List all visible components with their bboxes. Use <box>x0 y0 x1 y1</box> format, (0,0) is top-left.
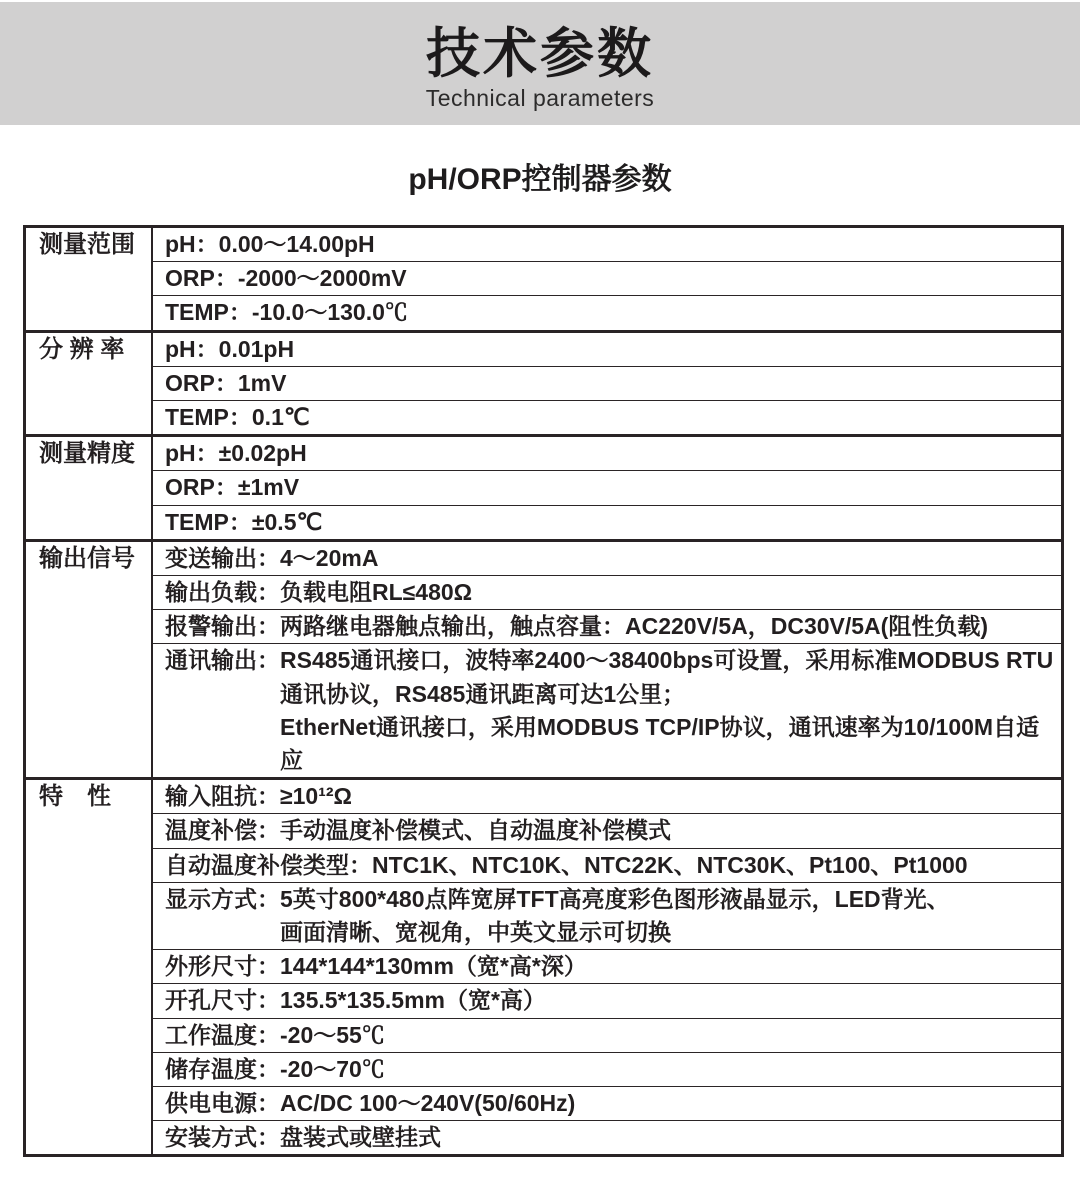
spec-row: 储存温度：-20～70℃ <box>153 1052 1061 1086</box>
spec-value: 135.5*135.5mm（宽*高） <box>280 984 1055 1017</box>
spec-label: 工作温度： <box>165 1019 280 1052</box>
spec-value: 144*144*130mm（宽*高*深） <box>280 950 1055 983</box>
category-cell: 特 性 <box>26 780 153 1154</box>
spec-row: 通讯输出：RS485通讯接口，波特率2400～38400bps可设置，采用标准M… <box>153 643 1061 777</box>
spec-group: 测量精度pH：±0.02pHORP：±1mVTEMP：±0.5℃ <box>26 434 1061 539</box>
category-cell: 测量范围 <box>26 228 153 330</box>
spec-row: 外形尺寸：144*144*130mm（宽*高*深） <box>153 949 1061 983</box>
spec-row: ORP：1mV <box>153 366 1061 400</box>
page-title: 技术参数 <box>426 26 654 82</box>
spec-row: TEMP：±0.5℃ <box>153 505 1061 539</box>
spec-value: 0.1℃ <box>252 401 1055 434</box>
spec-label: 储存温度： <box>165 1053 280 1086</box>
spec-value: ±1mV <box>238 471 1055 504</box>
spec-value: -20～70℃ <box>280 1053 1055 1086</box>
spec-value: 1mV <box>238 367 1055 400</box>
category-cell: 分 辨 率 <box>26 333 153 435</box>
spec-rows-column: pH：0.01pHORP：1mVTEMP：0.1℃ <box>153 333 1061 435</box>
spec-label: ORP： <box>165 262 238 295</box>
spec-row: 变送输出：4～20mA <box>153 542 1061 575</box>
spec-label: 显示方式： <box>165 883 280 949</box>
spec-row: ORP：-2000～2000mV <box>153 261 1061 295</box>
spec-value: ±0.5℃ <box>252 506 1055 539</box>
spec-label: pH： <box>165 437 219 470</box>
spec-value: AC/DC 100～240V(50/60Hz) <box>280 1087 1055 1120</box>
spec-label: 温度补偿： <box>165 814 280 847</box>
spec-value: RS485通讯接口，波特率2400～38400bps可设置，采用标准MODBUS… <box>280 644 1055 777</box>
category-cell: 输出信号 <box>26 542 153 777</box>
spec-group: 分 辨 率pH：0.01pHORP：1mVTEMP：0.1℃ <box>26 330 1061 435</box>
spec-label: 开孔尺寸： <box>165 984 280 1017</box>
section-title: pH/ORP控制器参数 <box>0 163 1080 197</box>
spec-row: 报警输出：两路继电器触点输出，触点容量：AC220V/5A，DC30V/5A(阻… <box>153 609 1061 643</box>
spec-value: 4～20mA <box>280 542 1055 575</box>
spec-sheet-page: 技术参数 Technical parameters pH/ORP控制器参数 测量… <box>0 0 1080 1202</box>
spec-label: ORP： <box>165 367 238 400</box>
spec-row: 工作温度：-20～55℃ <box>153 1018 1061 1052</box>
spec-value: 负载电阻RL≤480Ω <box>280 576 1055 609</box>
spec-label: TEMP： <box>165 506 252 539</box>
spec-value: 手动温度补偿模式、自动温度补偿模式 <box>280 814 1055 847</box>
spec-row: 供电电源：AC/DC 100～240V(50/60Hz) <box>153 1086 1061 1120</box>
spec-row: 输入阻抗：≥10¹²Ω <box>153 780 1061 813</box>
spec-label: 报警输出： <box>165 610 280 643</box>
spec-label: 自动温度补偿类型： <box>165 849 372 882</box>
spec-row: 显示方式：5英寸800*480点阵宽屏TFT高亮度彩色图形液晶显示，LED背光、… <box>153 882 1061 949</box>
spec-row: 安装方式：盘装式或壁挂式 <box>153 1120 1061 1154</box>
spec-value: -2000～2000mV <box>238 262 1055 295</box>
spec-label: 输出负载： <box>165 576 280 609</box>
spec-label: TEMP： <box>165 401 252 434</box>
spec-label: ORP： <box>165 471 238 504</box>
spec-value: 0.00～14.00pH <box>219 228 1055 261</box>
category-cell: 测量精度 <box>26 437 153 539</box>
spec-value: 5英寸800*480点阵宽屏TFT高亮度彩色图形液晶显示，LED背光、 画面清晰… <box>280 883 1055 949</box>
spec-value: -10.0～130.0℃ <box>252 296 1055 329</box>
spec-row: pH：0.00～14.00pH <box>153 228 1061 261</box>
spec-row: 开孔尺寸：135.5*135.5mm（宽*高） <box>153 983 1061 1017</box>
spec-rows-column: 输入阻抗：≥10¹²Ω温度补偿：手动温度补偿模式、自动温度补偿模式自动温度补偿类… <box>153 780 1061 1154</box>
spec-label: 安装方式： <box>165 1121 280 1154</box>
spec-value: ≥10¹²Ω <box>280 780 1055 813</box>
spec-label: 外形尺寸： <box>165 950 280 983</box>
parameters-table: 测量范围pH：0.00～14.00pHORP：-2000～2000mVTEMP：… <box>23 225 1064 1157</box>
spec-rows-column: 变送输出：4～20mA输出负载：负载电阻RL≤480Ω报警输出：两路继电器触点输… <box>153 542 1061 777</box>
spec-value: 盘装式或壁挂式 <box>280 1121 1055 1154</box>
spec-value: 两路继电器触点输出，触点容量：AC220V/5A，DC30V/5A(阻性负载) <box>280 610 1055 643</box>
spec-row: pH：±0.02pH <box>153 437 1061 470</box>
spec-label: 输入阻抗： <box>165 780 280 813</box>
spec-value: NTC1K、NTC10K、NTC22K、NTC30K、Pt100、Pt1000 <box>372 849 1055 882</box>
spec-label: 通讯输出： <box>165 644 280 777</box>
spec-group: 输出信号变送输出：4～20mA输出负载：负载电阻RL≤480Ω报警输出：两路继电… <box>26 539 1061 777</box>
spec-row: TEMP：0.1℃ <box>153 400 1061 434</box>
spec-label: 供电电源： <box>165 1087 280 1120</box>
spec-row: pH：0.01pH <box>153 333 1061 366</box>
spec-row: 输出负载：负载电阻RL≤480Ω <box>153 575 1061 609</box>
spec-group: 特 性输入阻抗：≥10¹²Ω温度补偿：手动温度补偿模式、自动温度补偿模式自动温度… <box>26 777 1061 1154</box>
spec-label: pH： <box>165 228 219 261</box>
spec-row: 自动温度补偿类型：NTC1K、NTC10K、NTC22K、NTC30K、Pt10… <box>153 848 1061 882</box>
header-band: 技术参数 Technical parameters <box>0 2 1080 125</box>
spec-value: ±0.02pH <box>219 437 1055 470</box>
spec-value: 0.01pH <box>219 333 1055 366</box>
spec-label: TEMP： <box>165 296 252 329</box>
page-subtitle: Technical parameters <box>426 85 655 111</box>
spec-row: 温度补偿：手动温度补偿模式、自动温度补偿模式 <box>153 813 1061 847</box>
spec-rows-column: pH：±0.02pHORP：±1mVTEMP：±0.5℃ <box>153 437 1061 539</box>
spec-row: ORP：±1mV <box>153 470 1061 504</box>
spec-group: 测量范围pH：0.00～14.00pHORP：-2000～2000mVTEMP：… <box>26 228 1061 330</box>
spec-value: -20～55℃ <box>280 1019 1055 1052</box>
spec-label: pH： <box>165 333 219 366</box>
spec-label: 变送输出： <box>165 542 280 575</box>
spec-rows-column: pH：0.00～14.00pHORP：-2000～2000mVTEMP：-10.… <box>153 228 1061 330</box>
spec-row: TEMP：-10.0～130.0℃ <box>153 295 1061 329</box>
